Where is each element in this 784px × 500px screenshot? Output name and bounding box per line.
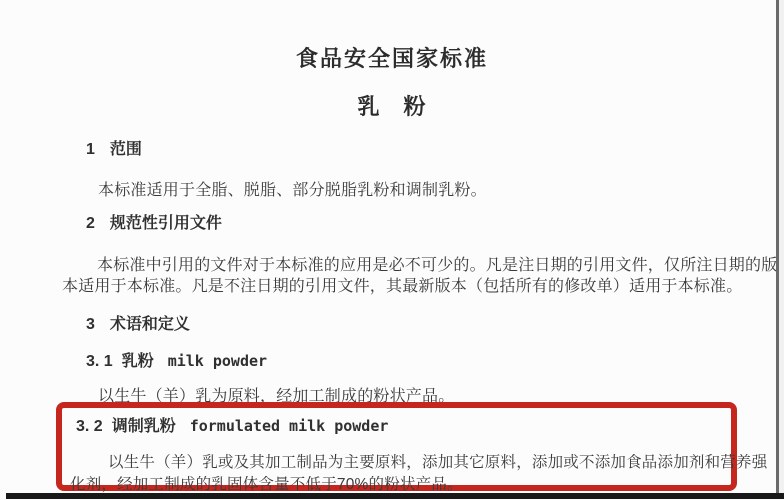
term-3-1-heading: 3. 1乳粉milk powder [86,348,267,371]
section-3-heading: 3术语和定义 [86,311,190,334]
section-2-body-line-1: 本标准中引用的文件对于本标准的应用是必不可少的。凡是注日期的引用文件，仅所注日期… [97,252,777,275]
scanned-standard-document: 食品安全国家标准 乳 粉 1范围 本标准适用于全脂、脱脂、部分脱脂乳粉和调制乳粉… [0,0,784,500]
section-1-body: 本标准适用于全脂、脱脂、部分脱脂乳粉和调制乳粉。 [98,177,487,200]
page-edge-vertical-line [776,0,779,497]
term-3-2-english: formulated milk powder [190,417,389,435]
term-3-1-number: 3. 1 [86,353,113,371]
document-title: 食品安全国家标准 [0,42,784,73]
section-1-number: 1 [86,141,95,159]
page-edge-bottom-line [6,493,784,499]
term-3-2-definition-line-1: 以生牛（羊）乳或及其加工制品为主要原料，添加其它原料，添加或不添加食品添加剂和营… [108,450,767,472]
term-3-1-english: milk powder [168,352,267,370]
section-2-number: 2 [86,215,95,233]
term-3-2-number: 3. 2 [76,418,103,436]
section-3-number: 3 [86,316,95,334]
section-2-body-line-2: 本适用于本标准。凡是不注日期的引用文件，其最新版本（包括所有的修改单）适用于本标… [62,273,742,296]
section-1-title: 范围 [110,141,142,158]
section-1-heading: 1范围 [86,136,142,159]
term-3-1-chinese: 乳粉 [122,353,154,370]
section-3-title: 术语和定义 [110,316,190,333]
page-edge-margin [779,0,784,493]
document-subtitle: 乳 粉 [0,90,784,121]
section-2-heading: 2规范性引用文件 [86,210,222,233]
term-3-2-definition-line-2: 化剂，经加工制成的乳固体含量不低于70%的粉状产品。 [70,472,463,494]
term-3-2-chinese: 调制乳粉 [112,418,176,435]
section-2-title: 规范性引用文件 [110,215,222,232]
term-3-2-heading: 3. 2调制乳粉formulated milk powder [76,413,388,436]
